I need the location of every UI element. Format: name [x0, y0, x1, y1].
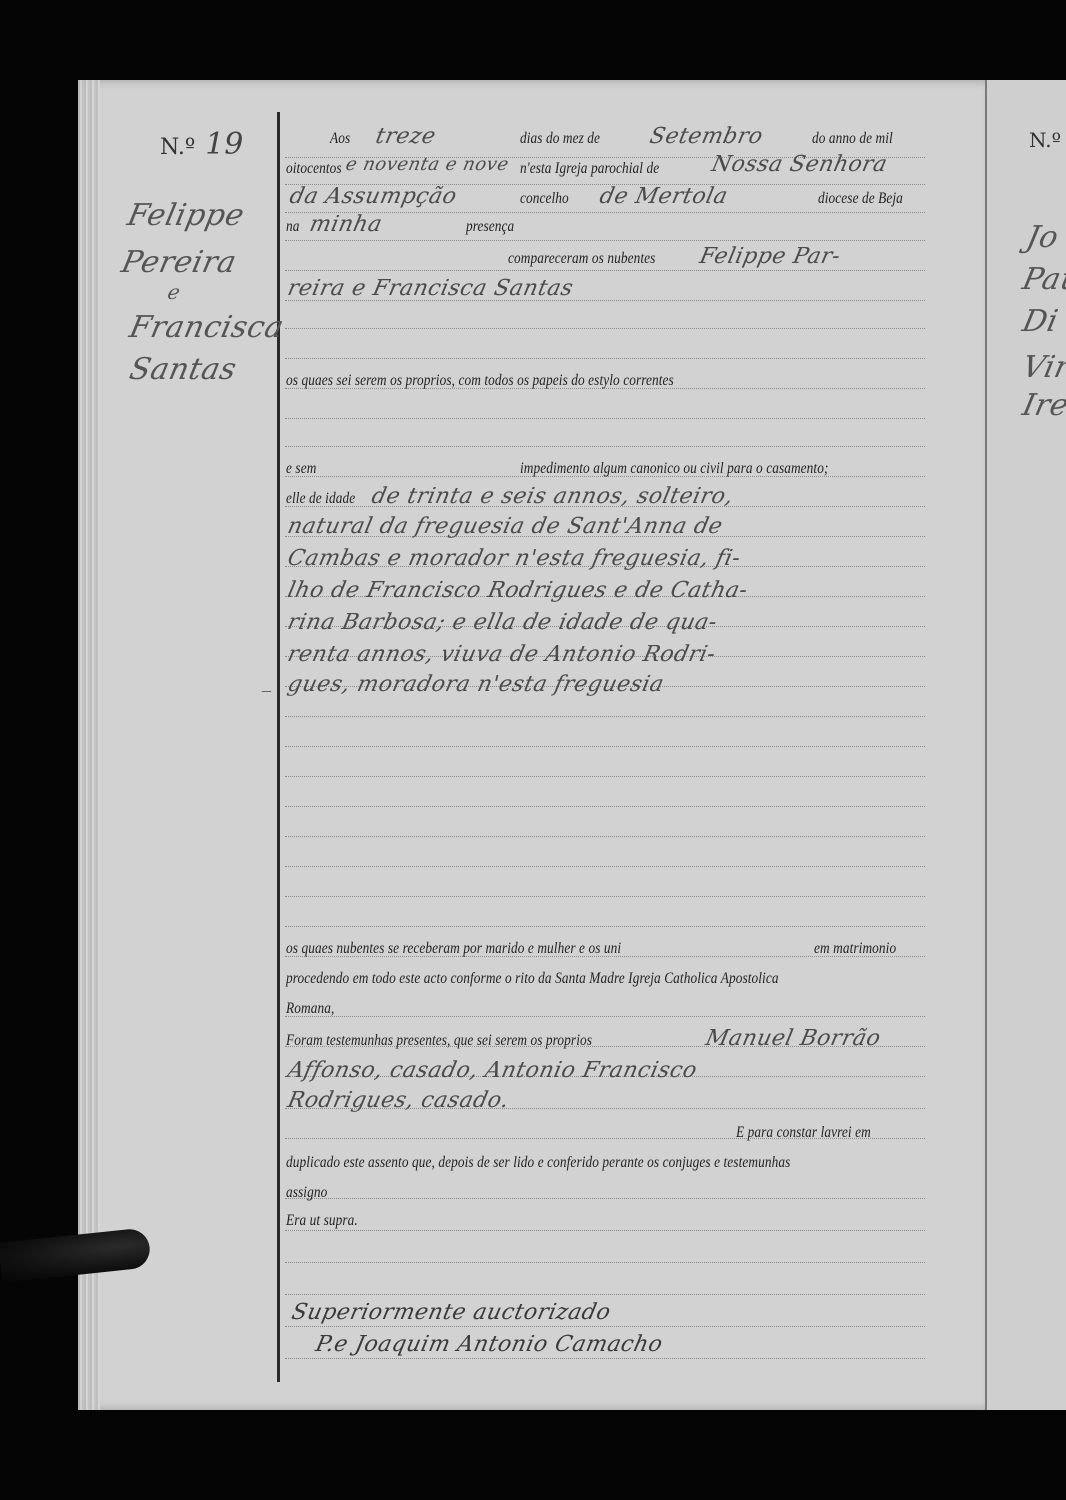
- ruled-line: [285, 270, 925, 271]
- form-text-do-anno: do anno de mil: [812, 130, 893, 148]
- ruled-line: [285, 446, 925, 447]
- ruled-line: [285, 806, 925, 807]
- ruled-line: [285, 866, 925, 867]
- entry-number-value: 19: [205, 127, 243, 162]
- next-margin-fragment: Jo: [1023, 220, 1062, 255]
- ruled-line: [285, 896, 925, 897]
- next-margin-fragment: Virg: [1019, 350, 1066, 385]
- ruled-line: [285, 1198, 925, 1199]
- form-text-receberam: os quaes nubentes se receberam por marid…: [286, 940, 621, 958]
- next-margin-fragment: Di: [1019, 304, 1061, 339]
- hand-signature-priest: P.e Joaquim Antonio Camacho: [313, 1332, 665, 1357]
- ruled-line: [285, 358, 925, 359]
- ruled-line: [285, 926, 925, 927]
- next-margin-fragment: Ire: [1019, 388, 1066, 423]
- hand-age-line-4: lho de Francisco Rodrigues e de Catha-: [285, 578, 750, 603]
- ruled-line: [285, 418, 925, 419]
- form-text-testemunhas: Foram testemunhas presentes, que sei ser…: [286, 1032, 592, 1050]
- page-stack-edges: [78, 80, 100, 1410]
- form-text-era-ut-supra: Era ut supra.: [286, 1212, 358, 1230]
- margin-name-bride-surname: Santas: [126, 352, 240, 387]
- form-text-papeis: os quaes sei serem os proprios, com todo…: [286, 372, 674, 390]
- form-text-e-sem: e sem: [286, 460, 316, 478]
- form-text-concelho: concelho: [520, 190, 569, 208]
- margin-name-first: Felippe: [124, 198, 247, 233]
- hand-witness-1: Manuel Borrão: [703, 1026, 883, 1051]
- hand-signature-authorization: Superiormente auctorizado: [289, 1300, 613, 1325]
- form-text-na: na: [286, 218, 300, 236]
- ruled-line: [285, 1262, 925, 1263]
- ruled-line: [285, 836, 925, 837]
- form-text-para-constar: E para constar lavrei em: [736, 1124, 871, 1142]
- next-margin-fragment: Pau: [1019, 262, 1066, 297]
- entry-number-label: N.º: [160, 135, 195, 160]
- hand-age-line-3: Cambas e morador n'esta freguesia, fi-: [285, 546, 743, 571]
- hand-age-line-5: rina Barbosa; e ella de idade de qua-: [285, 610, 719, 635]
- form-text-impedimento: impedimento algum canonico ou civil para…: [520, 460, 829, 478]
- ruled-line: [285, 1016, 925, 1017]
- form-text-diocese: diocese de Beja: [818, 190, 903, 208]
- ruled-line: [285, 1358, 925, 1359]
- form-text-dias-do-mez: dias do mez de: [520, 130, 600, 148]
- form-text-assigno: assigno: [286, 1184, 327, 1202]
- form-text-oitocentos: oitocentos: [286, 160, 342, 178]
- ruled-line: [285, 1294, 925, 1295]
- next-page-edge: N.º Jo Pau Di Virg Ire: [985, 80, 1066, 1410]
- ruled-line: [285, 1230, 925, 1231]
- hand-age-line-7: gues, moradora n'esta freguesia: [285, 672, 666, 697]
- form-text-em-matrimonio: em matrimonio: [814, 940, 896, 958]
- margin-rule: [277, 112, 280, 1382]
- form-text-igreja-parochial: n'esta Igreja parochial de: [520, 160, 659, 178]
- ruled-line: [285, 328, 925, 329]
- margin-name-bride-first: Francisca: [126, 310, 287, 345]
- form-text-duplicado: duplicado este assento que, depois de se…: [286, 1154, 790, 1172]
- hand-nubentes-2: reira e Francisca Santas: [285, 276, 575, 301]
- hand-witness-3: Rodrigues, casado.: [285, 1088, 511, 1113]
- form-text-elle-de-idade: elle de idade: [286, 490, 355, 508]
- ruled-line: [285, 240, 925, 241]
- hand-month: Setembro: [647, 124, 765, 149]
- form-text-romana: Romana,: [286, 1000, 334, 1018]
- form-text-presenca: presença: [466, 218, 514, 236]
- hand-parish-2: da Assumpção: [287, 184, 459, 209]
- form-text-compareceram: compareceram os nubentes: [508, 250, 655, 268]
- form-text-rito: procedendo em todo este acto conforme o …: [286, 970, 779, 988]
- hand-year: e noventa e nove: [344, 154, 511, 175]
- ruled-line: [285, 1326, 925, 1327]
- hand-parish-1: Nossa Senhora: [709, 152, 889, 177]
- hand-age-line-2: natural da freguesia de Sant'Anna de: [285, 514, 725, 539]
- hand-concelho: de Mertola: [597, 184, 730, 209]
- ruled-line: [285, 716, 925, 717]
- form-text-aos: Aos: [330, 130, 350, 148]
- entry-number: N.º19: [160, 127, 243, 162]
- hand-presence: minha: [307, 212, 384, 237]
- hand-age-line-1: de trinta e seis annos, solteiro,: [369, 484, 735, 509]
- next-entry-number-label: N.º: [1029, 128, 1061, 152]
- hand-day: treze: [373, 124, 438, 149]
- hand-nubentes-1: Felippe Par-: [697, 244, 843, 269]
- ruled-line: [285, 776, 925, 777]
- margin-name-surname: Pereira: [118, 245, 239, 280]
- hand-witness-2: Affonso, casado, Antonio Francisco: [285, 1058, 699, 1083]
- margin-dash-mark: –: [262, 680, 271, 701]
- hand-age-line-6: renta annos, viuva de Antonio Rodri-: [285, 642, 718, 667]
- ruled-line: [285, 746, 925, 747]
